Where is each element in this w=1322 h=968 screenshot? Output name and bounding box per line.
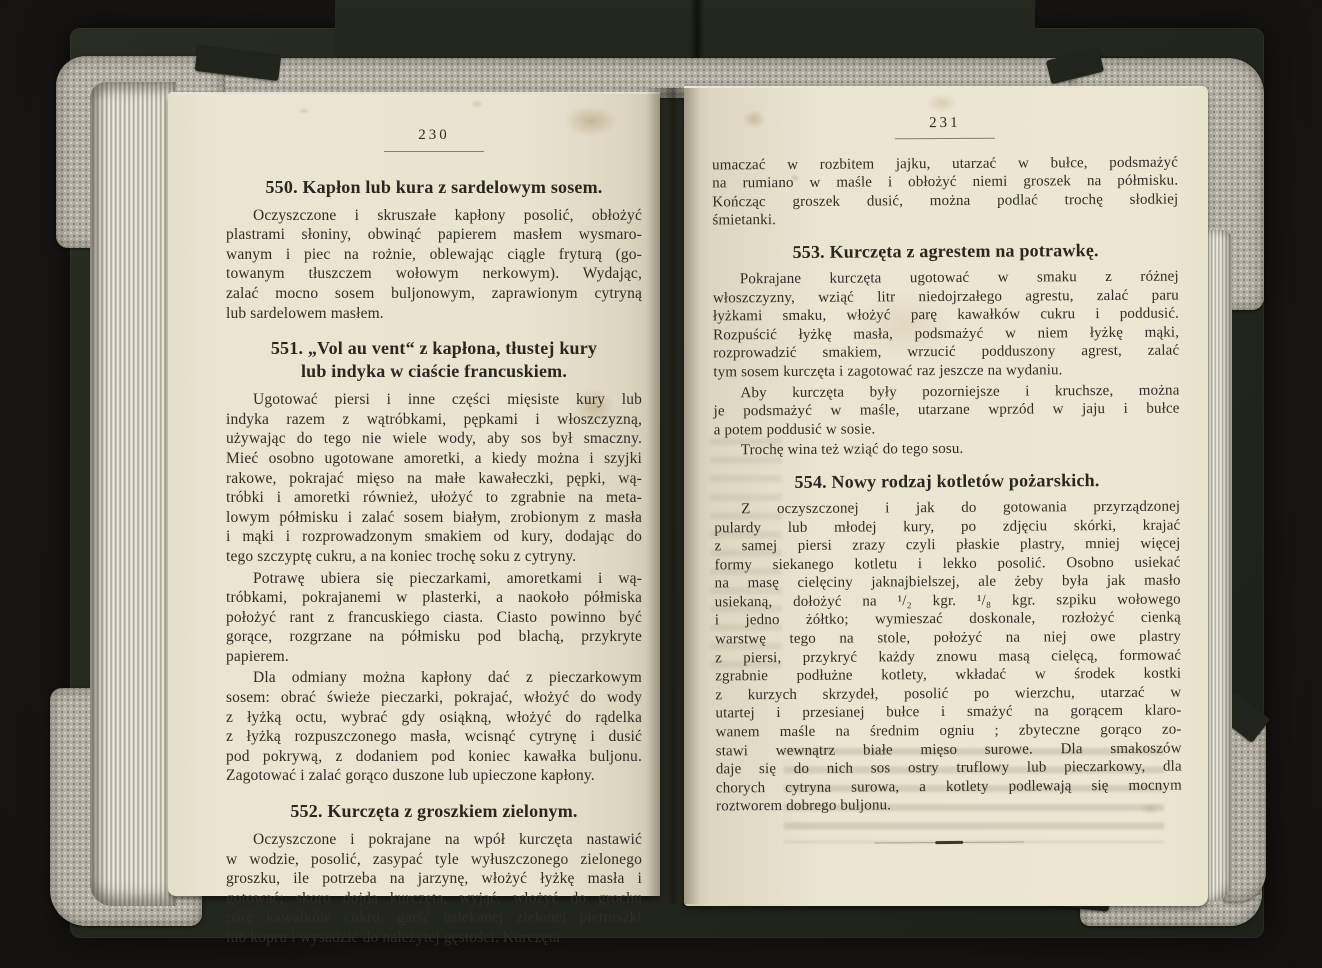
text-line: roztworem dobrego buljonu.	[716, 795, 1182, 816]
text-line: towanym tłuszczem wołowym nerkowym). Wyd…	[226, 264, 642, 284]
text-line: lub sardelowem masłem.	[226, 304, 642, 324]
stain	[468, 98, 486, 110]
text-line: Oczyszczone i pokrajane na wpół kurczęta…	[226, 830, 642, 850]
text-line: tego szczyptę cukru, a na koniec trochę …	[226, 547, 642, 567]
recipe-heading: 552. Kurczęta z groszkiem zielonym.	[226, 800, 642, 823]
text-line: Oczyszczone i skruszałe kapłony posolić,…	[226, 206, 642, 226]
page-edges-left	[90, 82, 176, 906]
book-cover-top-edge	[335, 0, 1035, 66]
text-line: chorych cytryna surowa, a kotlety podlew…	[716, 776, 1182, 797]
text-line: gorące, rozgrzane na półmisku pod blachą…	[226, 627, 642, 647]
text-line: Z oczyszczonej i jak do gotowania przyrz…	[714, 497, 1180, 518]
text-line: łyżkami smaku, włożyć parę kawałków cukr…	[713, 305, 1179, 326]
recipe-heading: 551. „Vol au vent“ z kapłona, tłustej ku…	[226, 337, 642, 383]
text-line: z łyżką rozpuszczonego masła, wcisnąć cy…	[226, 727, 642, 747]
text-line: tróbkami, pokrajanemi w plasterki, a nao…	[226, 588, 642, 608]
paragraph: Oczyszczone i skruszałe kapłony posolić,…	[226, 206, 642, 324]
text-line: warstwę tego na stole, położyć na niej o…	[715, 628, 1181, 649]
paragraph: Z oczyszczonej i jak do gotowania przyrz…	[714, 497, 1182, 816]
text-line: używając do tego nie wiele wody, aby sos…	[226, 429, 642, 449]
recipe-heading: 553. Kurczęta z agrestem na potrawkę.	[713, 239, 1179, 265]
text-line: lowym półmisku i zalać sosem białym, zro…	[226, 508, 642, 528]
page-text-blocks: 550. Kapłon lub kura z sardelowym sosem.…	[226, 176, 642, 948]
text-line: i mąki i rozprowadzonym smakiem od kury,…	[226, 527, 642, 547]
text-line: z łyżką octu, wybrać gdy osiąkną, włożyć…	[226, 708, 642, 728]
text-line: gotować; skoro dojdą kurczęta, wyjąć, wł…	[226, 889, 642, 909]
paragraph: Aby kurczęta były pozorniejsze i kruchsz…	[713, 381, 1179, 440]
paragraph: Ugotować piersi i inne części mięsiste k…	[226, 390, 642, 566]
text-column-left: 230 550. Kapłon lub kura z sardelowym so…	[226, 118, 642, 950]
paragraph: Dla odmiany można kapłony dać z pieczark…	[226, 668, 642, 786]
text-line: papierem.	[226, 647, 642, 667]
text-line: w wodzie, posolić, zasypać tyle wyłuszcz…	[226, 850, 642, 870]
paragraph: umaczać w rozbitem jajku, utarzać w bułc…	[712, 153, 1178, 230]
text-line: Mieć osobno ugotowane amoretki, a kiedy …	[226, 449, 642, 469]
text-line: zalać mocno sosem buljonowym, zaprawiony…	[226, 284, 642, 304]
text-line: tym sosem kurczęta i zagotować raz jeszc…	[713, 361, 1179, 382]
text-line: indyka razem z wątróbkami, pępkami i wło…	[226, 410, 642, 430]
text-line: na rumiano w maśle i obłożyć niemi grosz…	[712, 172, 1178, 193]
text-line: a potem poddusić w sosie.	[714, 418, 1180, 439]
heading-line: 552. Kurczęta z groszkiem zielonym.	[226, 800, 642, 823]
section-end-divider	[874, 841, 1024, 845]
stain	[296, 106, 312, 116]
text-column-right: 231 umaczać w rozbitem jajku, utarzać w …	[712, 105, 1182, 846]
heading-line: 550. Kapłon lub kura z sardelowym sosem.	[226, 176, 642, 199]
page-text-blocks: umaczać w rozbitem jajku, utarzać w bułc…	[712, 153, 1182, 845]
paragraph: Oczyszczone i pokrajane na wpół kurczęta…	[226, 830, 642, 948]
text-line: tróbki i amoretki również, ułożyć to zgr…	[226, 488, 642, 508]
page-number: 230	[384, 126, 484, 152]
text-line: lub kopru i wysadzić do należytej gęstoś…	[226, 928, 642, 948]
recipe-heading: 554. Nowy rodzaj kotletów pożarskich.	[714, 468, 1180, 494]
text-line: położyć rant z francuskiego ciasta. Cias…	[226, 608, 642, 628]
heading-line: 551. „Vol au vent“ z kapłona, tłustej ku…	[226, 337, 642, 360]
heading-line: 553. Kurczęta z agrestem na potrawkę.	[713, 239, 1179, 265]
book-page-left: 230 550. Kapłon lub kura z sardelowym so…	[168, 94, 660, 896]
heading-line: lub indyka w ciaście francuskiem.	[226, 360, 642, 383]
text-line: Dla odmiany można kapłony dać z pieczark…	[226, 668, 642, 688]
text-line: wanym i piec na rożnie, oblewając ciągle…	[226, 245, 642, 265]
page-number: 231	[895, 114, 995, 139]
text-line: rakowe, pokrajać mięso na małe kawałeczk…	[226, 469, 642, 489]
text-line: pod pokrywą, z dodaniem pod koniec kawał…	[226, 747, 642, 767]
text-line: Kończąc groszek dusić, można podlać troc…	[712, 190, 1178, 211]
paragraph: Potrawę ubiera się pieczarkami, amoretka…	[226, 569, 642, 667]
photographed-open-book: 230 550. Kapłon lub kura z sardelowym so…	[0, 0, 1322, 968]
text-line: rozprowadzić smakiem, wrzucić podduszony…	[713, 342, 1179, 363]
text-line: parę kawałków cukru, garść usiekanej zie…	[226, 908, 642, 928]
text-line: śmietanki.	[712, 209, 1178, 230]
book-page-right: 231 umaczać w rozbitem jajku, utarzać w …	[684, 88, 1208, 906]
text-line: wanem maśle na średnim ogniu ; zbyteczne…	[716, 721, 1182, 742]
text-line: Trochę wina też wziąć do tego sosu.	[714, 439, 1180, 460]
text-line: groszku, ile potrzeba na jarzynę, włożyć…	[226, 869, 642, 889]
text-line: sosem: obrać świeże pieczarki, pokrajać,…	[226, 688, 642, 708]
recipe-heading: 550. Kapłon lub kura z sardelowym sosem.	[226, 176, 642, 199]
text-line: Zagotować i zalać gorąco duszone lub upi…	[226, 766, 642, 786]
text-line: plastrami słoniny, obwinąć papierem masł…	[226, 225, 642, 245]
text-line: z samej piersi zrazy czyli płaskie plast…	[714, 535, 1180, 556]
text-line: Pokrajane kurczęta ugotować w smaku z ró…	[713, 268, 1179, 289]
heading-line: 554. Nowy rodzaj kotletów pożarskich.	[714, 468, 1180, 494]
text-line: Potrawę ubiera się pieczarkami, amoretka…	[226, 569, 642, 589]
paragraph: Pokrajane kurczęta ugotować w smaku z ró…	[713, 268, 1180, 382]
text-line: je podsmażyć w maśle, utarzane wprzód w …	[714, 400, 1180, 421]
text-line: Ugotować piersi i inne części mięsiste k…	[226, 390, 642, 410]
paragraph: Trochę wina też wziąć do tego sosu.	[714, 439, 1180, 460]
